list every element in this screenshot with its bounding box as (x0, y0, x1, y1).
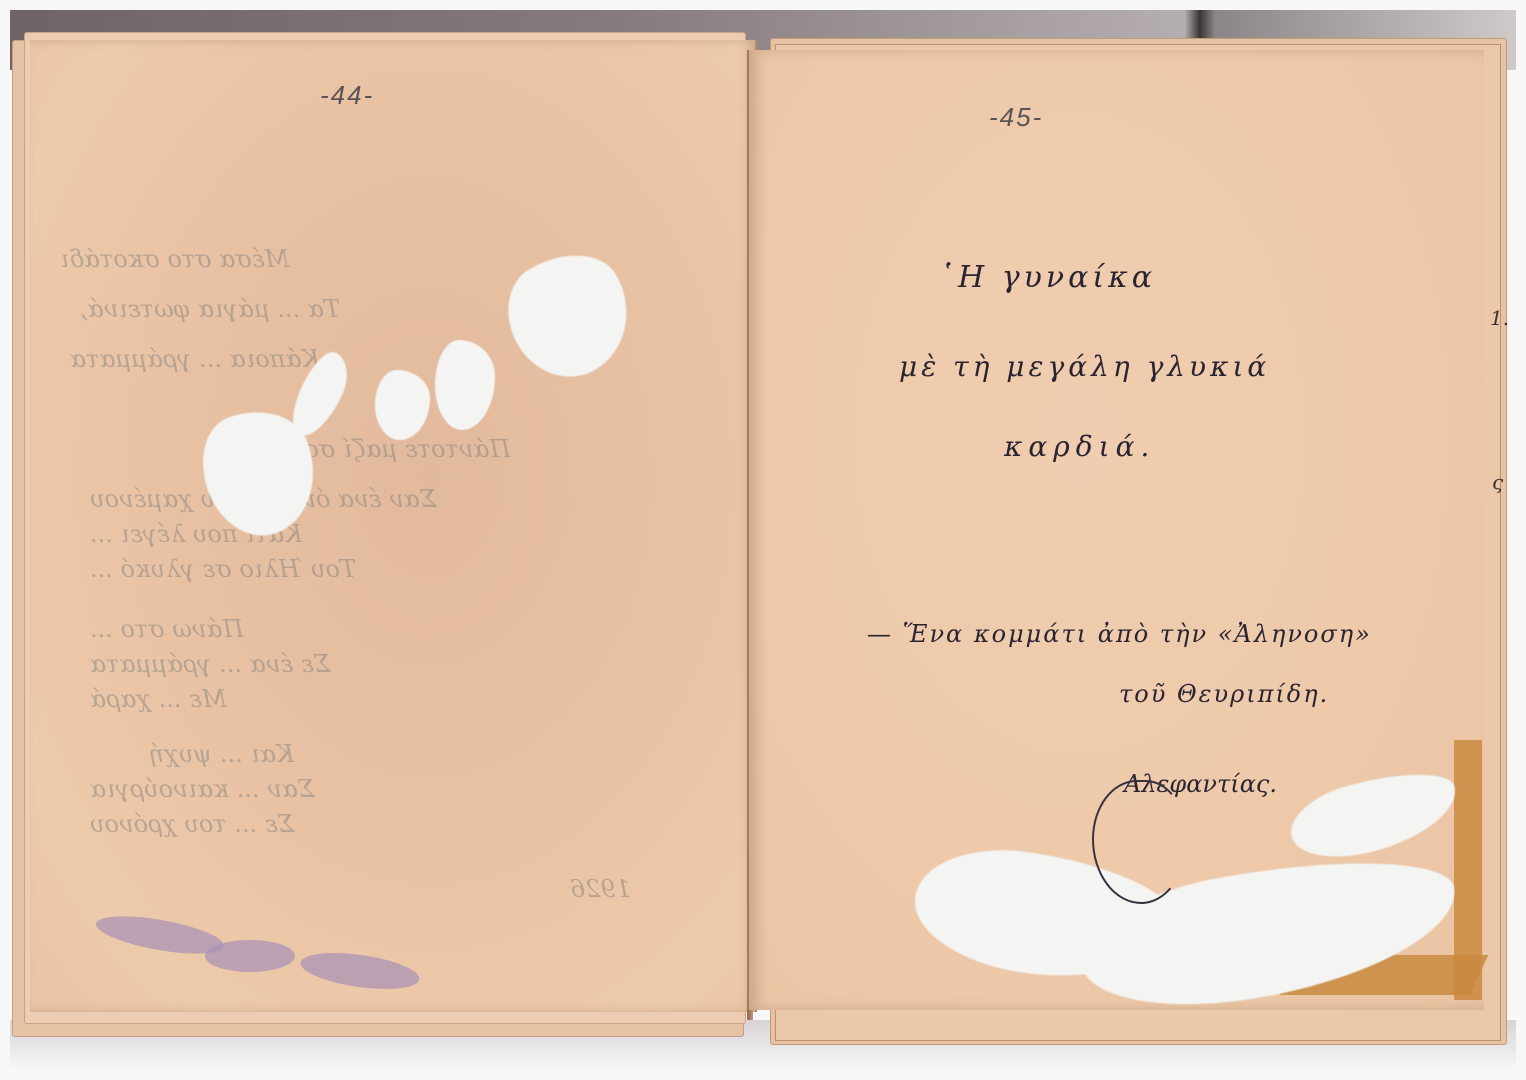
bleed-line: Πάνω στο ... (90, 615, 244, 643)
white-paint-blot (488, 233, 652, 397)
bleed-line: Σαν ... καινούργια (90, 775, 315, 803)
bleed-line: Σε ... του χρόνου (90, 810, 295, 838)
subtitle-line-2: τοῦ Θευριπίδη. (1119, 680, 1329, 708)
white-paint-blot (1283, 759, 1465, 871)
edge-mark: ς (1492, 470, 1503, 494)
purple-mark (298, 947, 421, 995)
title-line-2: μὲ τὴ μεγάλη γλυκιά (899, 350, 1270, 383)
bleed-line: Κάποια ... γράμματα (70, 345, 320, 373)
bleed-line: Σε ένα ... γράμματα (90, 650, 331, 678)
bleed-date: 1926 (570, 875, 631, 903)
notebook-photo: -44- Μέσα στο σκοτάδι Τα ... μάγια φωτει… (10, 10, 1516, 1068)
left-page: -44- Μέσα στο σκοτάδι Τα ... μάγια φωτει… (30, 40, 757, 1012)
edge-mark: 1. (1490, 306, 1509, 330)
bleed-line: Με ... χαρά (90, 685, 227, 713)
page-number-left: -44- (320, 80, 374, 111)
bleed-line: Μέσα στο σκοτάδι (60, 245, 289, 273)
subtitle-line-1: — Ἕνα κομμάτι ἀπὸ τὴν «Ἀληνοση» (867, 620, 1372, 648)
bleed-line: Του Ήλιο σε γλυκό ... (90, 555, 356, 583)
signature-flourish (1092, 780, 1186, 904)
title-line-1: ῾Η γυναίκα (939, 260, 1156, 295)
page-number-right: -45- (989, 102, 1043, 133)
white-paint-blot (375, 370, 430, 440)
title-line-3: καρδιά. (1004, 430, 1155, 463)
purple-mark (205, 940, 295, 972)
white-paint-blot (435, 340, 495, 430)
bleed-line: Και ... ψυχή (150, 740, 294, 768)
bleed-line: Τα ... μάγια φωτεινά, (80, 295, 340, 323)
